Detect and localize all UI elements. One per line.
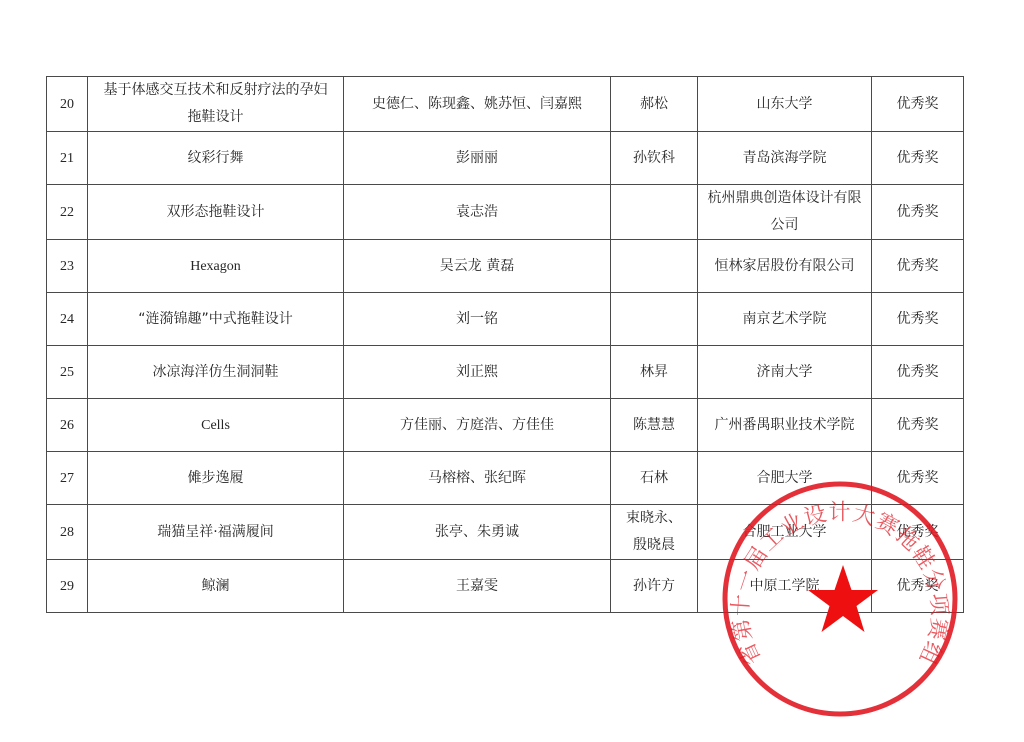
- cell-number: 29: [47, 560, 88, 613]
- cell-number: 28: [47, 505, 88, 560]
- cell-authors: 袁志浩: [344, 185, 611, 240]
- cell-organization: 合肥大学: [698, 452, 872, 505]
- cell-title: 傩步逸履: [88, 452, 344, 505]
- cell-number: 21: [47, 132, 88, 185]
- cell-authors: 马榕榕、张纪晖: [344, 452, 611, 505]
- cell-authors: 方佳丽、方庭浩、方佳佳: [344, 399, 611, 452]
- cell-title: 双形态拖鞋设计: [88, 185, 344, 240]
- cell-award: 优秀奖: [872, 505, 964, 560]
- cell-title: 基于体感交互技术和反射疗法的孕妇拖鞋设计: [88, 77, 344, 132]
- cell-title: 鲸澜: [88, 560, 344, 613]
- cell-number: 23: [47, 240, 88, 293]
- cell-award: 优秀奖: [872, 560, 964, 613]
- cell-title: 纹彩行舞: [88, 132, 344, 185]
- cell-advisor: [611, 185, 698, 240]
- table-row: 20 基于体感交互技术和反射疗法的孕妇拖鞋设计 史德仁、陈现鑫、姚苏恒、闫嘉熙 …: [47, 77, 964, 132]
- table-row: 28 瑞猫呈祥·福满履间 张亭、朱勇诚 束晓永、殷晓晨 合肥工业大学 优秀奖: [47, 505, 964, 560]
- cell-award: 优秀奖: [872, 293, 964, 346]
- cell-title: Cells: [88, 399, 344, 452]
- cell-authors: 张亭、朱勇诚: [344, 505, 611, 560]
- table-row: 22 双形态拖鞋设计 袁志浩 杭州鼎典创造体设计有限公司 优秀奖: [47, 185, 964, 240]
- cell-number: 24: [47, 293, 88, 346]
- cell-title: 瑞猫呈祥·福满履间: [88, 505, 344, 560]
- cell-number: 20: [47, 77, 88, 132]
- cell-number: 27: [47, 452, 88, 505]
- cell-title: Hexagon: [88, 240, 344, 293]
- table-row: 24 “涟漪锦趣”中式拖鞋设计 刘一铭 南京艺术学院 优秀奖: [47, 293, 964, 346]
- cell-organization: 广州番禺职业技术学院: [698, 399, 872, 452]
- cell-advisor: 林昇: [611, 346, 698, 399]
- cell-advisor: [611, 293, 698, 346]
- cell-award: 优秀奖: [872, 185, 964, 240]
- cell-advisor: [611, 240, 698, 293]
- document-page: 20 基于体感交互技术和反射疗法的孕妇拖鞋设计 史德仁、陈现鑫、姚苏恒、闫嘉熙 …: [0, 0, 1024, 742]
- cell-number: 26: [47, 399, 88, 452]
- cell-authors: 刘正熙: [344, 346, 611, 399]
- cell-organization: 青岛滨海学院: [698, 132, 872, 185]
- cell-number: 25: [47, 346, 88, 399]
- cell-authors: 彭丽丽: [344, 132, 611, 185]
- cell-advisor: 束晓永、殷晓晨: [611, 505, 698, 560]
- cell-advisor: 孙许方: [611, 560, 698, 613]
- cell-award: 优秀奖: [872, 452, 964, 505]
- cell-organization: 山东大学: [698, 77, 872, 132]
- cell-organization: 南京艺术学院: [698, 293, 872, 346]
- awards-table: 20 基于体感交互技术和反射疗法的孕妇拖鞋设计 史德仁、陈现鑫、姚苏恒、闫嘉熙 …: [46, 76, 964, 613]
- table-row: 27 傩步逸履 马榕榕、张纪晖 石林 合肥大学 优秀奖: [47, 452, 964, 505]
- table-row: 26 Cells 方佳丽、方庭浩、方佳佳 陈慧慧 广州番禺职业技术学院 优秀奖: [47, 399, 964, 452]
- cell-authors: 刘一铭: [344, 293, 611, 346]
- cell-title: “涟漪锦趣”中式拖鞋设计: [88, 293, 344, 346]
- table-row: 21 纹彩行舞 彭丽丽 孙钦科 青岛滨海学院 优秀奖: [47, 132, 964, 185]
- table-row: 29 鲸澜 王嘉雯 孙许方 中原工学院 优秀奖: [47, 560, 964, 613]
- cell-award: 优秀奖: [872, 77, 964, 132]
- cell-organization: 中原工学院: [698, 560, 872, 613]
- cell-organization: 合肥工业大学: [698, 505, 872, 560]
- cell-award: 优秀奖: [872, 399, 964, 452]
- cell-award: 优秀奖: [872, 240, 964, 293]
- cell-title: 冰凉海洋仿生洞洞鞋: [88, 346, 344, 399]
- cell-award: 优秀奖: [872, 132, 964, 185]
- cell-award: 优秀奖: [872, 346, 964, 399]
- table-row: 23 Hexagon 吴云龙 黄磊 恒林家居股份有限公司 优秀奖: [47, 240, 964, 293]
- cell-advisor: 石林: [611, 452, 698, 505]
- cell-organization: 济南大学: [698, 346, 872, 399]
- cell-authors: 王嘉雯: [344, 560, 611, 613]
- cell-advisor: 孙钦科: [611, 132, 698, 185]
- cell-advisor: 陈慧慧: [611, 399, 698, 452]
- cell-advisor: 郝松: [611, 77, 698, 132]
- table-row: 25 冰凉海洋仿生洞洞鞋 刘正熙 林昇 济南大学 优秀奖: [47, 346, 964, 399]
- cell-authors: 史德仁、陈现鑫、姚苏恒、闫嘉熙: [344, 77, 611, 132]
- cell-authors: 吴云龙 黄磊: [344, 240, 611, 293]
- cell-number: 22: [47, 185, 88, 240]
- cell-organization: 杭州鼎典创造体设计有限公司: [698, 185, 872, 240]
- cell-organization: 恒林家居股份有限公司: [698, 240, 872, 293]
